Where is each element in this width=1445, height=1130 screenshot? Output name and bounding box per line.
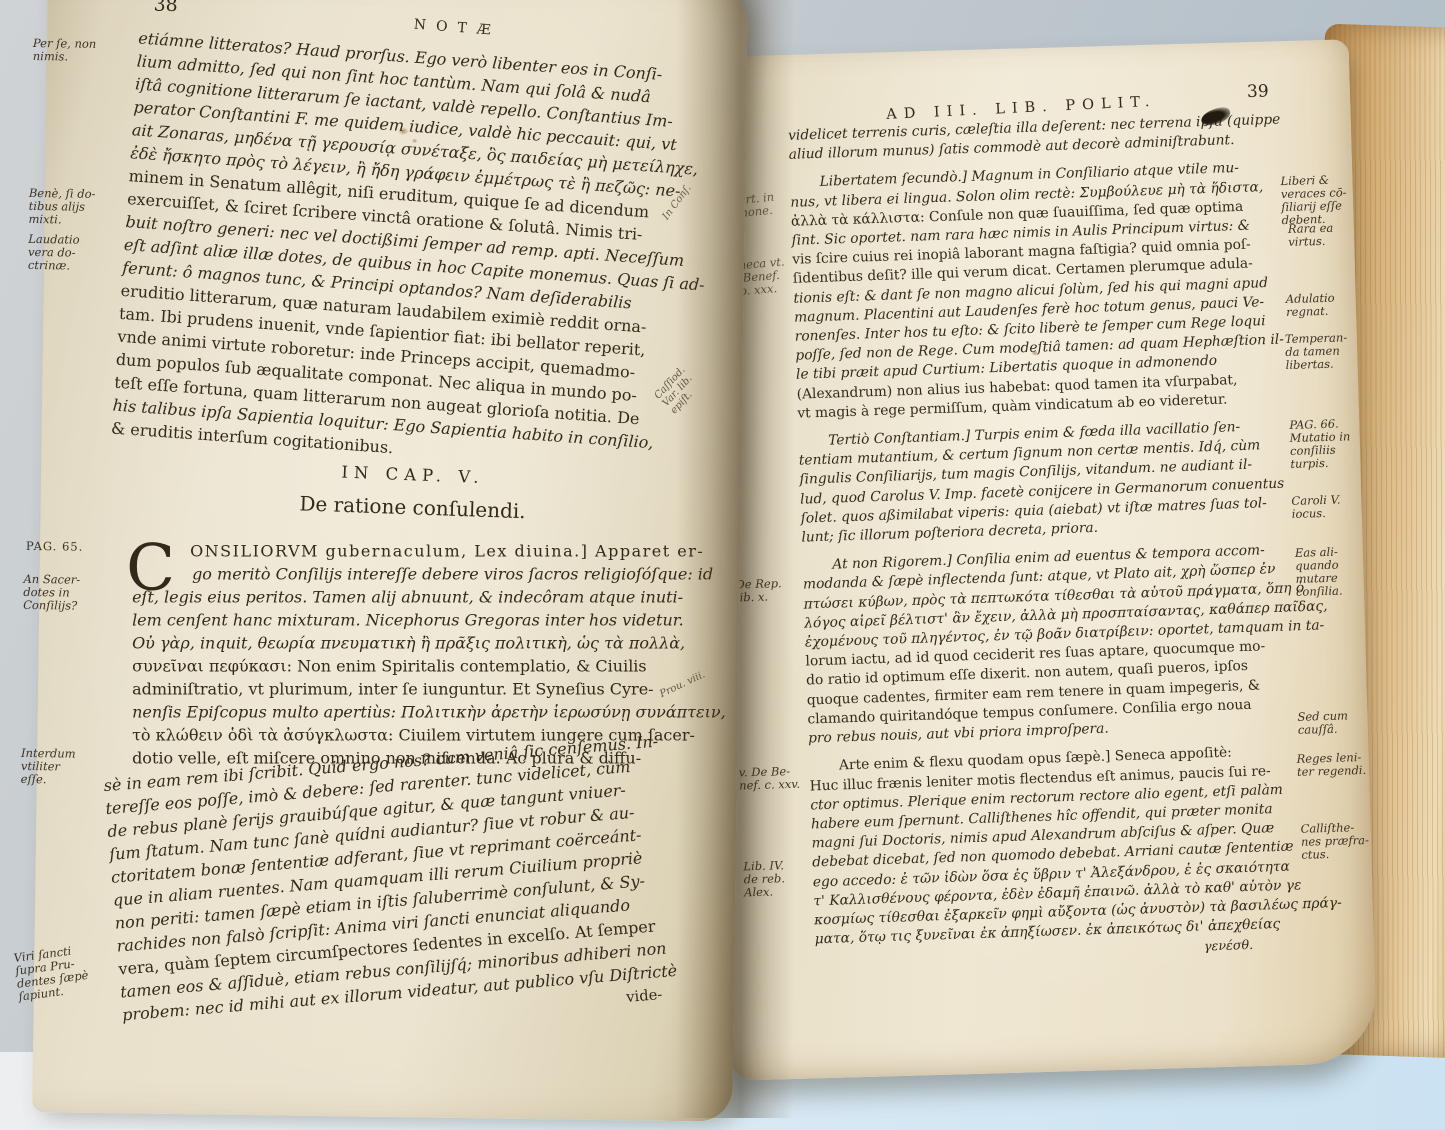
text-line: adminiſtratio, vt plurimum, inter ſe iun… — [132, 677, 720, 700]
margin-note: Laudatio vera do- ctrinæ. — [28, 233, 80, 273]
margin-note: Adulatio regnat. — [1286, 292, 1336, 319]
margin-note: Rara ea virtus. — [1288, 222, 1334, 249]
stain — [412, 138, 418, 143]
left-page-body-bottom: sè in eam rem ibi ſcribit. Quid ergo nos… — [103, 727, 711, 1049]
margin-note: Interdum vtiliter eſſe. — [21, 747, 76, 787]
left-page: 38 NOTÆ etiámne litteratos? Haud prorſus… — [32, 0, 748, 1122]
page-number-left: 38 — [153, 0, 177, 16]
margin-note: PAG. 65. — [26, 540, 84, 554]
text-line: nenſis Epiſcopus multo apertiùs: Πολιτικ… — [132, 700, 720, 723]
stain — [398, 127, 409, 135]
margin-note: Sed cum cauſſâ. — [1297, 709, 1348, 736]
margin-note: PAG. 66. Mutatio in conſiliis turpis. — [1289, 417, 1351, 471]
margin-note: Per ſe, non nimis. — [33, 37, 97, 64]
text-line: ONSILIORVM gubernaculum, Lex diuina.] Ap… — [132, 539, 720, 562]
margin-note: De Rep. lib. x. — [735, 577, 782, 604]
right-page-body: videlicet terrenis curis, cæleſtia illa … — [788, 111, 1302, 969]
margin-note: Calliſthe- nes præfra- ctus. — [1300, 821, 1369, 862]
margin-note: An Sacer- dotes in Conſilijs? — [23, 573, 80, 613]
stain — [369, 280, 377, 287]
margin-note: Benè, ſi do- tibus alijs mixti. — [28, 187, 95, 227]
drop-cap: C — [126, 542, 175, 594]
margin-note: Lib. IV. de reb. Alex. — [743, 859, 785, 899]
book-photo: AD III. LIB. POLIT. 39 videlicet terreni… — [0, 0, 1445, 1130]
chapter-subheading: De ratione conſulendi. — [132, 486, 692, 530]
text-line: Οὐ γὰρ, inquit, θεωρία πνευματικὴ ἢ πρᾶξ… — [132, 631, 720, 654]
text-line: συνεῖναι πεφύκασι: Non enim Spiritalis c… — [132, 654, 720, 677]
text-line: go meritò Conſilijs intereſſe debere vir… — [132, 562, 720, 585]
margin-note: Temperan- da tamen libertas. — [1285, 331, 1348, 372]
margin-note: Reges leni- ter regendi. — [1296, 751, 1366, 779]
margin-note: v. De Be- nef. c. xxv. — [739, 765, 801, 793]
right-page: AD III. LIB. POLIT. 39 videlicet terreni… — [701, 39, 1377, 1081]
margin-note: Eas ali- quando mutare conſilia. — [1295, 546, 1343, 599]
text-line: lem cenſent hanc mixturam. Nicephorus Gr… — [132, 608, 720, 631]
margin-note: Caroli V. iocus. — [1291, 494, 1341, 521]
page-number-right: 39 — [1247, 81, 1269, 102]
text-line: eſt, legis eius peritos. Tamen alij abnu… — [132, 585, 720, 608]
left-page-body-top: etiámne litteratos? Haud prorſus. Ego ve… — [110, 26, 717, 479]
margin-note: Viri ſancti ſupra Pru- dentes ſæpè ſapiu… — [13, 943, 91, 1004]
margin-note: Liberi & veraces cō- ſiliarij eſſe deben… — [1280, 173, 1347, 227]
